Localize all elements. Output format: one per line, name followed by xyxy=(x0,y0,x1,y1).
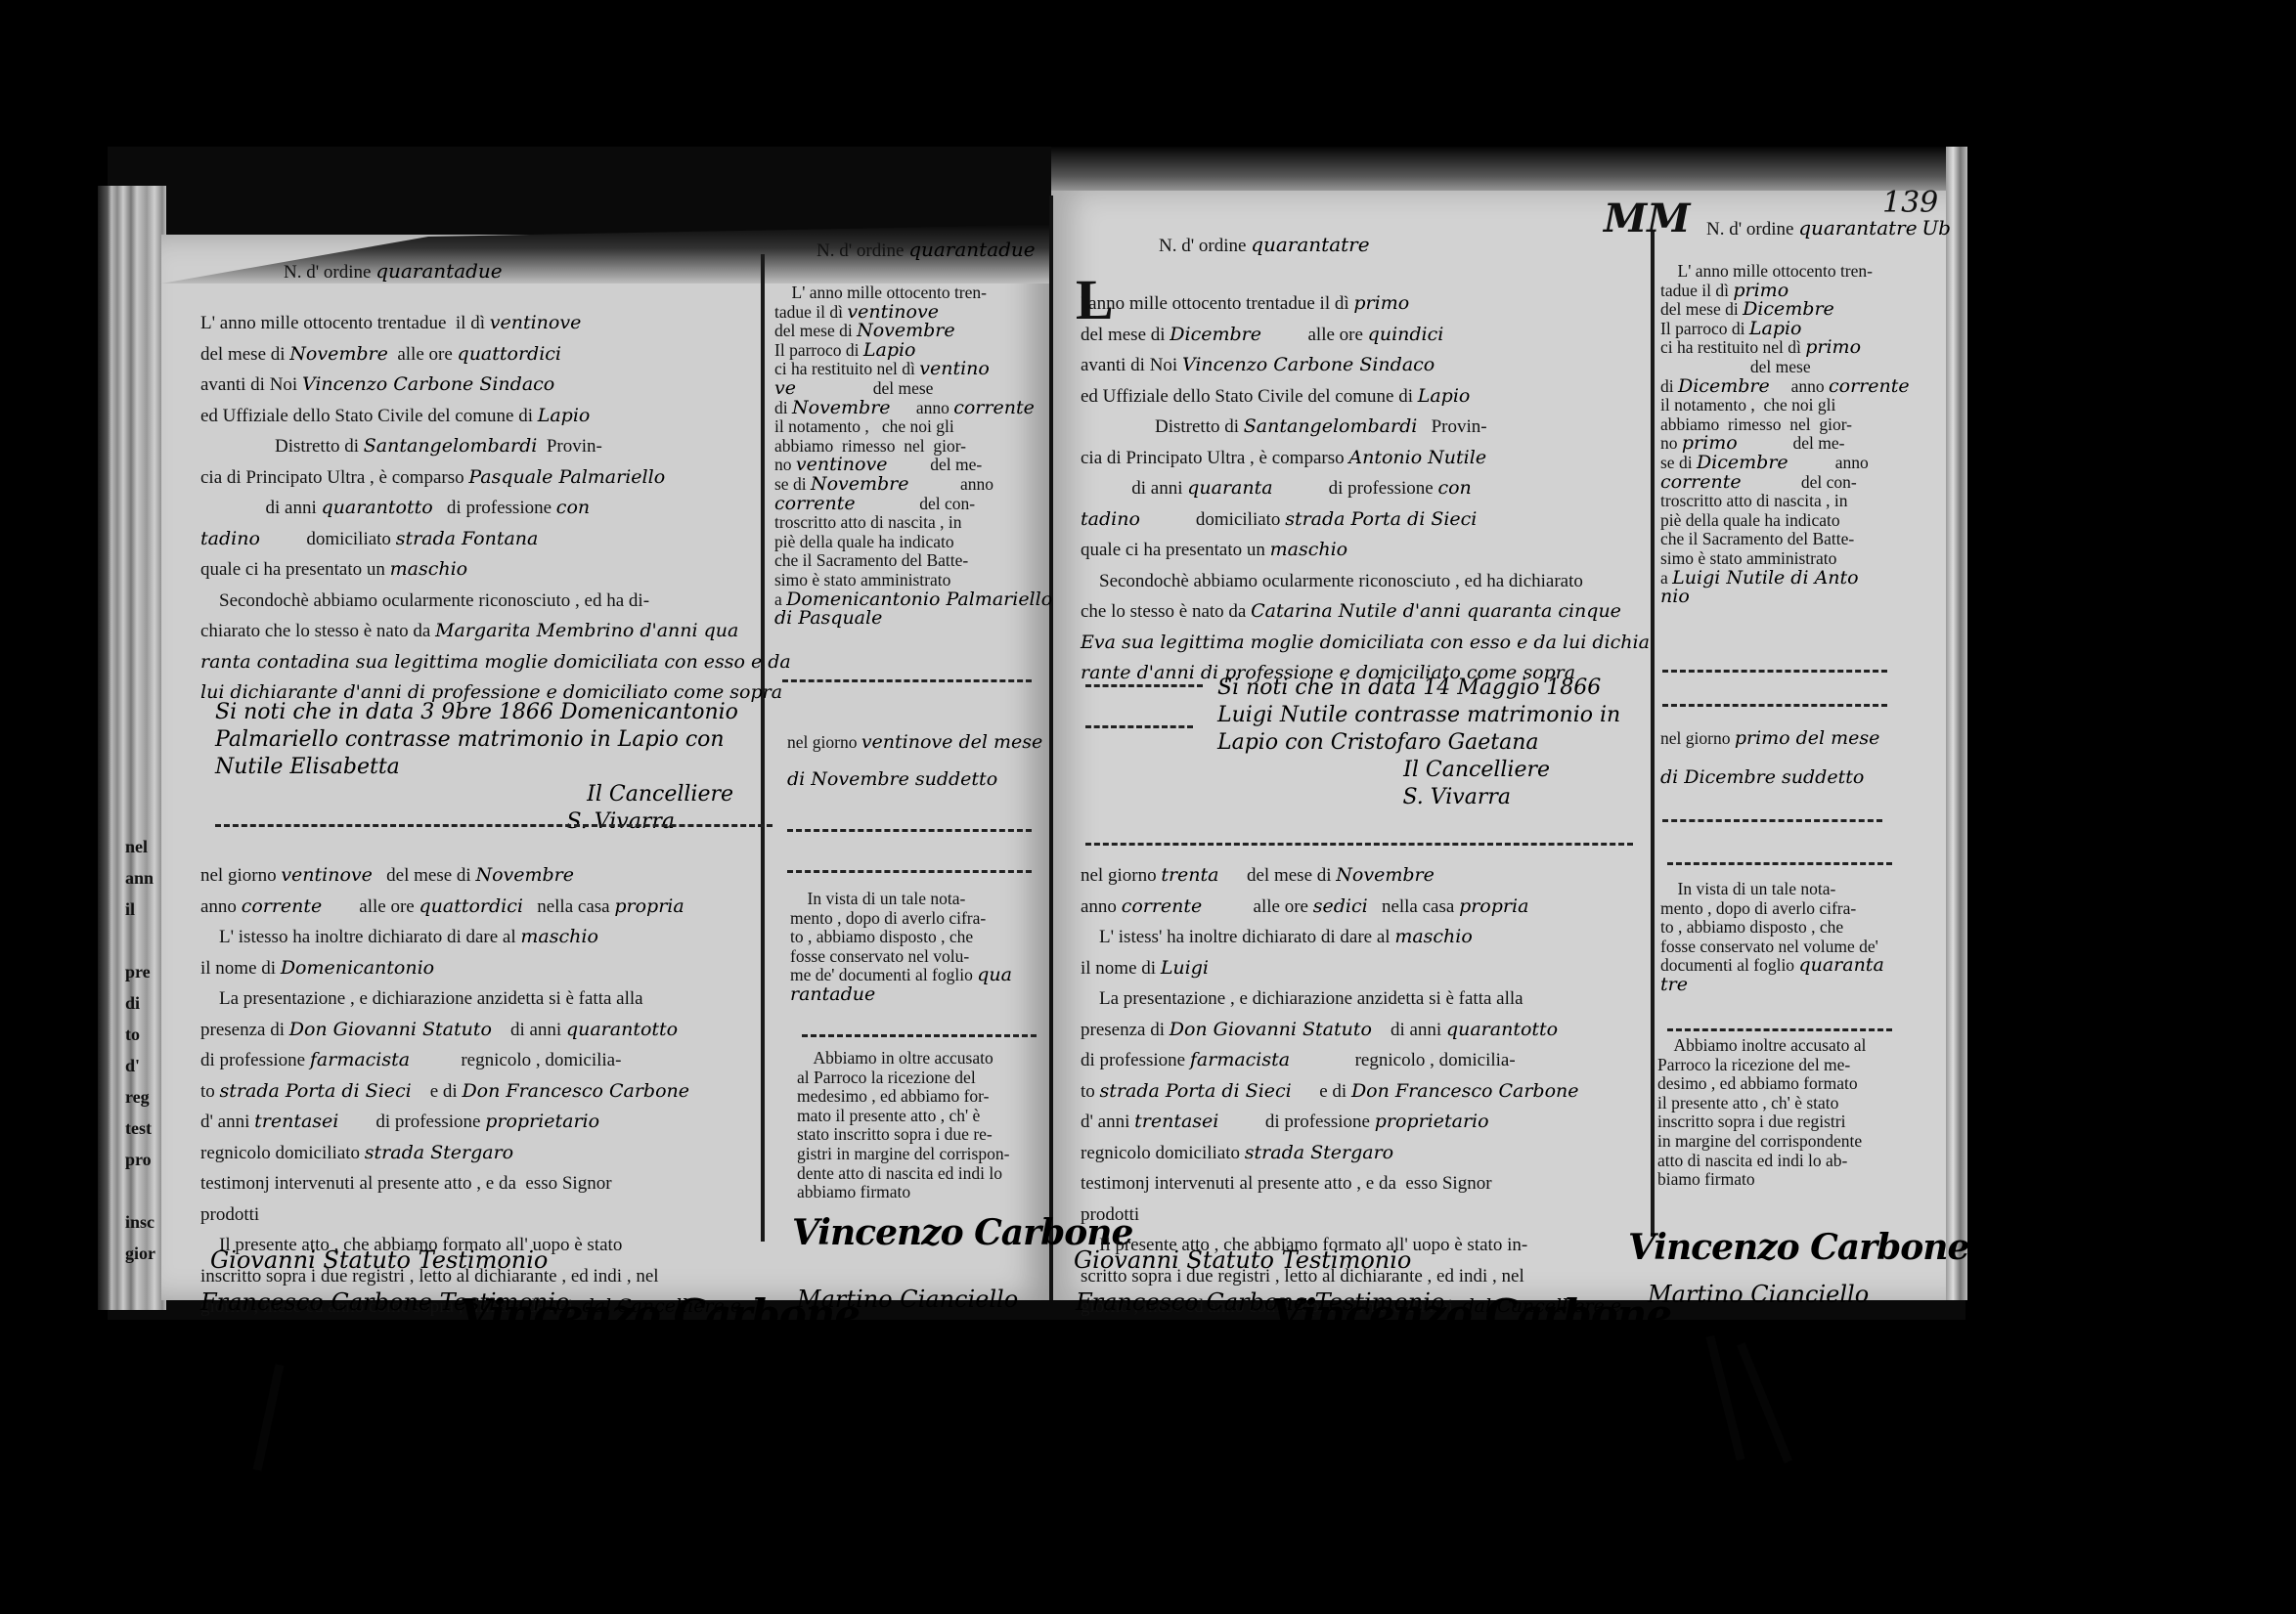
printed-text: anno xyxy=(200,896,242,917)
printed-text: ' anno mille ottocento trentadue il dì xyxy=(1081,293,1353,314)
handwritten-entry: proprietario xyxy=(1375,1111,1489,1132)
text-line: to strada Porta di Sieci e di Don France… xyxy=(200,1076,797,1108)
printed-text: a xyxy=(1660,568,1672,588)
printed-text: che lo stesso è nato da xyxy=(1081,601,1251,622)
printed-text: abbiamo rimesso nel gior- xyxy=(774,436,966,456)
stamp-mark: MM xyxy=(1604,196,1691,241)
handwritten-entry: Vincenzo Carbone Sindaco xyxy=(302,373,554,395)
text-line: di Dicembre anno corrente xyxy=(1660,377,1944,397)
right-page-edge xyxy=(1946,147,1967,1300)
text-line: L' anno mille ottocento trentadue il dì … xyxy=(200,308,787,339)
printed-text: dente atto di nascita ed indi lo xyxy=(797,1163,1002,1183)
text-line: L' istess' ha inoltre dichiarato di dare… xyxy=(1081,922,1657,953)
text-line: gistri in margine del corrispon- xyxy=(797,1145,1056,1164)
handwritten-entry: Novembre xyxy=(289,343,388,365)
text-line: che il Sacramento del Batte- xyxy=(774,551,1038,571)
text-line: rantadue xyxy=(790,985,1044,1005)
printed-text: regnicolo domiciliato xyxy=(1081,1143,1245,1163)
left-note-body: L' anno mille ottocento tren-tadue il dì… xyxy=(774,284,1038,629)
book-holder-stick-right-2 xyxy=(1737,1342,1792,1463)
handwritten-entry: propria xyxy=(614,895,684,917)
handwritten-entry: Don Francesco Carbone xyxy=(462,1080,689,1102)
printed-text: di xyxy=(774,398,792,417)
text-line: regnicolo domiciliato strada Stergaro xyxy=(200,1138,797,1169)
text-line: La presentazione , e dichiarazione anzid… xyxy=(1081,983,1657,1015)
handwritten-entry: con xyxy=(1437,477,1471,499)
text-line: mento , dopo di averlo cifra- xyxy=(1660,899,1934,919)
printed-text: del me- xyxy=(887,455,982,474)
printed-text: nel giorno xyxy=(1660,728,1735,748)
right-note-bottom: In vista di un tale nota-mento , dopo di… xyxy=(1660,880,1934,995)
text-line: La presentazione , e dichiarazione anzid… xyxy=(200,983,797,1015)
printed-text: del con- xyxy=(856,494,975,513)
text-line: Il parroco di Lapio xyxy=(1660,320,1944,339)
handwritten-entry: Lapio xyxy=(1418,385,1471,407)
text-line: anno corrente alle ore quattordici nella… xyxy=(200,892,797,923)
text-line: quale ci ha presentato un maschio xyxy=(200,554,787,586)
printed-text: del mese xyxy=(1660,357,1811,376)
text-line: documenti al foglio quaranta xyxy=(1660,956,1934,976)
printed-text: e di xyxy=(412,1081,463,1102)
text-line: di anni quaranta di professione con xyxy=(1081,473,1648,504)
right-witness1-signature: Giovanni Statuto Testimonio xyxy=(1074,1246,1411,1274)
text-line: prodotti xyxy=(1081,1200,1657,1231)
text-line: il presente atto , ch' è stato xyxy=(1657,1094,1936,1113)
handwritten-entry: maschio xyxy=(1270,539,1348,560)
text-line: di professione farmacista regnicolo , do… xyxy=(200,1045,797,1076)
text-line: L' istesso ha inoltre dichiarato di dare… xyxy=(200,922,797,953)
printed-text: nel giorno xyxy=(1081,865,1161,886)
printed-text: del mese di xyxy=(1660,299,1743,319)
printed-text: Provin- xyxy=(537,436,602,457)
text-line: ci ha restituito nel dì ventino xyxy=(774,360,1038,379)
text-line: del mese di Novembre alle ore quattordic… xyxy=(200,339,787,371)
printed-text: simo è stato amministrato xyxy=(1660,548,1836,568)
handwritten-entry: Novembre xyxy=(1336,864,1435,886)
printed-text: simo è stato amministrato xyxy=(774,570,950,589)
printed-text: ci ha restituito nel dì xyxy=(1660,337,1805,357)
printed-text: stato inscritto sopra i due re- xyxy=(797,1124,993,1144)
left-act-body-bottom: nel giorno ventinove del mese di Novembr… xyxy=(200,860,797,1353)
handwritten-entry: ventinove xyxy=(490,312,582,333)
printed-text: to , abbiamo disposto , che xyxy=(790,927,973,946)
printed-text: L' anno mille ottocento tren- xyxy=(1660,261,1873,281)
right-clerk-signature: Martino Cianciello xyxy=(1242,1354,1463,1381)
handwritten-entry: rantadue xyxy=(790,983,875,1005)
text-line: Il parroco di Lapio xyxy=(774,341,1038,361)
printed-text: L' istess' ha inoltre dichiarato di dare… xyxy=(1081,927,1394,947)
dashed-line xyxy=(1662,704,1887,707)
handwritten-entry: Eva sua legittima moglie domiciliata con… xyxy=(1081,632,1650,653)
handwritten-entry: maschio xyxy=(520,926,598,947)
handwritten-entry: Lapio xyxy=(538,405,591,426)
printed-text: di professione xyxy=(1273,478,1438,499)
text-line: ranta contadina sua legittima moglie dom… xyxy=(200,647,787,678)
printed-text: La presentazione , e dichiarazione anzid… xyxy=(1081,988,1523,1009)
handwritten-entry: Dicembre xyxy=(1170,324,1261,345)
handwritten-entry: farmacista xyxy=(310,1049,410,1070)
text-line: ' anno mille ottocento trentadue il dì p… xyxy=(1081,288,1648,320)
text-line: cia di Principato Ultra , è comparso Ant… xyxy=(1081,443,1648,474)
printed-text: Distretto di xyxy=(1081,416,1244,437)
handwritten-entry: Margarita Membrino d'anni qua xyxy=(435,620,738,641)
printed-text: testimonj intervenuti al presente atto ,… xyxy=(1081,1173,1492,1194)
printed-text: anno xyxy=(1081,896,1122,917)
handwritten-entry: quindici xyxy=(1368,324,1444,345)
handwritten-entry: quattordici xyxy=(419,895,522,917)
text-line: tadino domiciliato strada Porta di Sieci xyxy=(1081,504,1648,536)
handwritten-entry: Pasquale Palmariello xyxy=(468,466,665,488)
printed-text: il presente atto , ch' è stato xyxy=(1657,1093,1838,1112)
text-line: corrente del con- xyxy=(774,495,1038,514)
text-line: piè della quale ha indicato xyxy=(774,533,1038,552)
printed-text: avanti di Noi xyxy=(1081,355,1182,375)
text-line: desimo , ed abbiamo formato xyxy=(1657,1074,1936,1094)
printed-text: mento , dopo di averlo cifra- xyxy=(790,908,986,928)
printed-text: piè della quale ha indicato xyxy=(1660,510,1840,530)
printed-text: d' anni xyxy=(1081,1112,1134,1132)
printed-text: del con- xyxy=(1742,472,1857,492)
printed-text: di anni xyxy=(1372,1020,1446,1040)
printed-text: domiciliato xyxy=(1140,509,1285,530)
dashed-line xyxy=(1667,1028,1892,1031)
text-line: In vista di un tale nota- xyxy=(1660,880,1934,899)
text-line: mato il presente atto , ch' è xyxy=(797,1107,1056,1126)
dashed-line xyxy=(802,1034,1037,1037)
text-line: di professione farmacista regnicolo , do… xyxy=(1081,1045,1657,1076)
printed-text: me de' documenti al foglio xyxy=(790,965,977,984)
edge-fragments: nel ann il pre di to d' reg test pro ins… xyxy=(125,831,155,1269)
printed-text: d' anni xyxy=(200,1112,254,1132)
text-line: atto di nascita ed indi lo ab- xyxy=(1657,1152,1936,1171)
handwritten-entry: Don Giovanni Statuto xyxy=(289,1019,492,1040)
printed-text: tadue il dì xyxy=(1660,281,1733,300)
printed-text: Secondochè abbiamo ocularmente riconosci… xyxy=(1081,571,1583,591)
text-line: fosse conservato nel volume de' xyxy=(1660,938,1934,957)
handwritten-entry: maschio xyxy=(390,558,468,580)
printed-text: Abbiamo in oltre accusato xyxy=(797,1048,993,1068)
printed-text: alle ore xyxy=(1261,325,1368,345)
text-line: a Luigi Nutile di Anto xyxy=(1660,569,1944,589)
handwritten-entry: primo xyxy=(1353,292,1409,314)
text-line: quale ci ha presentato un maschio xyxy=(1081,535,1648,566)
handwritten-entry: tadino xyxy=(200,528,260,549)
handwritten-entry: Don Francesco Carbone xyxy=(1351,1080,1579,1102)
handwritten-entry: corrente xyxy=(242,895,323,917)
printed-text: nel giorno xyxy=(200,865,281,886)
printed-text: se di xyxy=(1660,453,1697,472)
text-line: il notamento , che noi gli xyxy=(1660,396,1944,415)
left-note-mid: nel giorno ventinove del mesedi Novembre… xyxy=(787,723,1041,798)
text-line: dente atto di nascita ed indi lo xyxy=(797,1164,1056,1184)
printed-text: alle ore xyxy=(322,896,419,917)
handwritten-entry: Lapio xyxy=(863,339,916,361)
printed-text: il nome di xyxy=(1081,958,1161,979)
handwritten-entry: maschio xyxy=(1394,926,1473,947)
handwritten-entry: strada Porta di Sieci xyxy=(1285,508,1477,530)
handwritten-entry: Novembre xyxy=(792,397,891,418)
left-act-header: N. d' ordine quarantadue xyxy=(284,256,503,288)
printed-text: anno xyxy=(891,398,954,417)
printed-text: che il Sacramento del Batte- xyxy=(774,550,968,570)
text-line: inscritto sopra i due registri xyxy=(1657,1112,1936,1132)
printed-text: desimo , ed abbiamo formato xyxy=(1657,1073,1858,1093)
handwritten-entry: ranta contadina sua legittima moglie dom… xyxy=(200,651,791,673)
handwritten-entry: corrente xyxy=(953,397,1035,418)
printed-text: gistri in margine del corrispon- xyxy=(797,1144,1009,1163)
printed-text: L' istesso ha inoltre dichiarato di dare… xyxy=(200,927,520,947)
printed-text: In vista di un tale nota- xyxy=(790,889,965,908)
printed-text: alle ore xyxy=(1202,896,1312,917)
text-line: Eva sua legittima moglie domiciliata con… xyxy=(1081,628,1648,659)
printed-text: abbiamo firmato xyxy=(797,1182,910,1201)
printed-text: nel giorno xyxy=(787,732,861,752)
printed-text: il notamento , che noi gli xyxy=(774,416,954,436)
printed-text: del mese xyxy=(796,378,933,398)
printed-text: mato il presente atto , ch' è xyxy=(797,1106,980,1125)
printed-text: chiarato che lo stesso è nato da xyxy=(200,621,435,641)
left-act-body: L' anno mille ottocento trentadue il dì … xyxy=(200,308,787,709)
handwritten-entry: sedici xyxy=(1313,895,1368,917)
printed-text: di anni xyxy=(200,498,322,518)
printed-text: che il Sacramento del Batte- xyxy=(1660,529,1854,548)
text-line: stato inscritto sopra i due re- xyxy=(797,1125,1056,1145)
printed-text: Il parroco di xyxy=(1660,319,1749,338)
printed-text: del mese di xyxy=(1219,865,1337,886)
handwritten-entry: corrente xyxy=(774,493,856,514)
text-line: d' anni trentasei di professione proprie… xyxy=(1081,1107,1657,1138)
dashed-line xyxy=(1085,725,1193,728)
handwritten-entry: strada Porta di Sieci xyxy=(1100,1080,1292,1102)
text-line: d' anni trentasei di professione proprie… xyxy=(200,1107,797,1138)
handwritten-entry: Dicembre xyxy=(1678,375,1770,397)
text-line: di anni quarantotto di professione con xyxy=(200,493,787,524)
printed-text: del me- xyxy=(1738,433,1845,453)
handwritten-entry: corrente xyxy=(1660,471,1742,493)
printed-text: L' anno mille ottocento tren- xyxy=(774,283,987,302)
printed-text: al Parroco la ricezione del xyxy=(797,1068,976,1087)
printed-text: a xyxy=(774,589,786,609)
handwritten-entry: quattordici xyxy=(458,343,561,365)
printed-text: quale ci ha presentato un xyxy=(1081,540,1270,560)
text-line: to , abbiamo disposto , che xyxy=(1660,918,1934,938)
printed-text: fosse conservato nel volu- xyxy=(790,946,969,966)
handwritten-entry: Luigi Nutile di Anto xyxy=(1672,567,1858,589)
text-line: Distretto di Santangelombardi Provin- xyxy=(200,431,787,462)
handwritten-entry: strada Stergaro xyxy=(365,1142,513,1163)
text-line: nel giorno trenta del mese di Novembre xyxy=(1081,860,1657,892)
handwritten-entry: quarantotto xyxy=(566,1019,678,1040)
text-line: di Novembre suddetto xyxy=(787,761,1041,798)
dashed-line xyxy=(787,829,1032,832)
printed-text: di professione xyxy=(338,1112,485,1132)
text-line: corrente del con- xyxy=(1660,473,1944,493)
left-witness1-signature: Giovanni Statuto Testimonio xyxy=(210,1246,548,1274)
printed-text: ci ha restituito nel dì xyxy=(774,359,919,378)
left-note-final: Abbiamo in oltre accusatoal Parroco la r… xyxy=(797,1049,1056,1202)
text-line: di Pasquale xyxy=(774,609,1038,629)
handwritten-entry: ventinove del mese xyxy=(861,731,1042,753)
handwritten-entry: di Pasquale xyxy=(774,607,882,629)
text-line: abbiamo firmato xyxy=(797,1183,1056,1202)
printed-text: domiciliato xyxy=(260,529,396,549)
printed-text: di professione xyxy=(1081,1050,1190,1070)
printed-text: e di xyxy=(1292,1081,1351,1102)
handwritten-entry: farmacista xyxy=(1190,1049,1290,1070)
text-line: ed Uffiziale dello Stato Civile del comu… xyxy=(200,401,787,432)
text-line: nio xyxy=(1660,588,1944,607)
text-line: tadino domiciliato strada Fontana xyxy=(200,524,787,555)
text-line: to strada Porta di Sieci e di Don France… xyxy=(1081,1076,1657,1108)
text-line: ed Uffiziale dello Stato Civile del comu… xyxy=(1081,381,1648,413)
right-note-final: Abbiamo inoltre accusato alParroco la ri… xyxy=(1657,1036,1936,1190)
handwritten-entry: tre xyxy=(1660,974,1688,995)
printed-text: del mese di xyxy=(1081,325,1170,345)
text-line: Abbiamo in oltre accusato xyxy=(797,1049,1056,1069)
handwritten-entry: Domenicantonio xyxy=(281,957,434,979)
handwritten-entry: propria xyxy=(1459,895,1528,917)
text-line: del mese di Dicembre xyxy=(1660,300,1944,320)
printed-text: regnicolo , domicilia- xyxy=(410,1050,621,1070)
printed-text: nella casa xyxy=(1368,896,1459,917)
handwritten-entry: Don Giovanni Statuto xyxy=(1170,1019,1372,1040)
text-line: cia di Principato Ultra , è comparso Pas… xyxy=(200,462,787,494)
printed-text: piè della quale ha indicato xyxy=(774,532,954,551)
text-line: regnicolo domiciliato strada Stergaro xyxy=(1081,1138,1657,1169)
text-line: anno corrente alle ore sedici nella casa… xyxy=(1081,892,1657,923)
printed-text: di xyxy=(1660,376,1678,396)
handwritten-entry: proprietario xyxy=(485,1111,599,1132)
right-note-mid: nel giorno primo del mesedi Dicembre sud… xyxy=(1660,719,1934,797)
text-line: presenza di Don Giovanni Statuto di anni… xyxy=(200,1015,797,1046)
text-line: troscritto atto di nascita , in xyxy=(1660,492,1944,511)
left-marginal-annotation: Si noti che in data 3 9bre 1866 Domenica… xyxy=(215,699,792,836)
printed-text: di anni xyxy=(492,1020,566,1040)
handwritten-entry: quaranta xyxy=(1187,477,1272,499)
handwritten-entry: quaranta xyxy=(1798,954,1883,976)
handwritten-entry: Catarina Nutile d'anni quaranta cinque xyxy=(1251,600,1621,622)
text-line: Parroco la ricezione del me- xyxy=(1657,1056,1936,1075)
text-line: nel giorno primo del mese xyxy=(1660,719,1934,758)
printed-text: Parroco la ricezione del me- xyxy=(1657,1055,1850,1074)
text-line: Secondochè abbiamo ocularmente riconosci… xyxy=(200,586,787,617)
printed-text: il notamento , che noi gli xyxy=(1660,395,1835,414)
printed-text: prodotti xyxy=(1081,1204,1139,1225)
handwritten-entry: Antonio Nutile xyxy=(1348,447,1486,468)
right-marginal-annotation: Si noti che in data 14 Maggio 1866 Luigi… xyxy=(1217,675,1648,811)
text-line: del mese di Dicembre alle ore quindici xyxy=(1081,320,1648,351)
printed-text: L' anno mille ottocento trentadue il dì xyxy=(200,313,490,333)
handwritten-entry: primo del mese xyxy=(1735,727,1880,749)
printed-text: no xyxy=(774,455,796,474)
text-line: testimonj intervenuti al presente atto ,… xyxy=(200,1168,797,1200)
printed-text: nella casa xyxy=(523,896,614,917)
dashed-line xyxy=(1085,843,1633,846)
text-line: biamo firmato xyxy=(1657,1170,1936,1190)
printed-text: ed Uffiziale dello Stato Civile del comu… xyxy=(200,406,538,426)
text-line: presenza di Don Giovanni Statuto di anni… xyxy=(1081,1015,1657,1046)
dashed-line xyxy=(1662,670,1887,673)
printed-text: cia di Principato Ultra , è comparso xyxy=(200,467,468,488)
text-line: il nome di Luigi xyxy=(1081,953,1657,984)
right-act-body: ' anno mille ottocento trentadue il dì p… xyxy=(1081,288,1648,689)
dashed-line xyxy=(787,870,1032,873)
text-line: di Novembre anno corrente xyxy=(774,399,1038,418)
handwritten-entry: ventino xyxy=(919,358,990,379)
left-note-clerk-signature: Martino Cianciello xyxy=(797,1286,1018,1313)
printed-text: presenza di xyxy=(200,1020,289,1040)
dashed-line xyxy=(1085,684,1203,687)
right-mayor-signature: Vincenzo Carbone xyxy=(1271,1290,1671,1338)
right-note-clerk-signature: Martino Cianciello xyxy=(1648,1281,1869,1308)
text-line: Abbiamo inoltre accusato al xyxy=(1657,1036,1936,1056)
text-line: il notamento , che noi gli xyxy=(774,417,1038,437)
printed-text: alle ore xyxy=(388,344,458,365)
handwritten-entry: quarantotto xyxy=(1446,1019,1558,1040)
printed-text: presenza di xyxy=(1081,1020,1170,1040)
right-page-stack-top xyxy=(1051,147,1956,196)
text-line: L' anno mille ottocento tren- xyxy=(1660,262,1944,282)
printed-text: no xyxy=(1660,433,1682,453)
printed-text: del mese di xyxy=(200,344,289,365)
printed-text: di professione xyxy=(1218,1112,1374,1132)
text-line: che lo stesso è nato da Catarina Nutile … xyxy=(1081,596,1648,628)
printed-text: Distretto di xyxy=(200,436,364,457)
printed-text: Secondochè abbiamo ocularmente riconosci… xyxy=(200,590,649,611)
handwritten-entry: strada Stergaro xyxy=(1245,1142,1393,1163)
printed-text: to , abbiamo disposto , che xyxy=(1660,917,1843,937)
right-act-header: N. d' ordine quarantatre xyxy=(1159,230,1370,262)
printed-text: Provin- xyxy=(1417,416,1486,437)
handwritten-entry: Novembre xyxy=(475,864,574,886)
right-note-header: N. d' ordine quarantatre Ub xyxy=(1706,213,1951,245)
text-line: in margine del corrispondente xyxy=(1657,1132,1936,1152)
left-note-header: N. d' ordine quarantadue xyxy=(817,235,1036,267)
printed-text: to xyxy=(1081,1081,1100,1102)
handwritten-entry: qua xyxy=(977,964,1012,985)
printed-text: Il parroco di xyxy=(774,340,863,360)
text-line: Distretto di Santangelombardi Provin- xyxy=(1081,412,1648,443)
dashed-line xyxy=(1667,862,1892,865)
text-line: ci ha restituito nel dì primo xyxy=(1660,338,1944,358)
dashed-line xyxy=(782,679,1032,682)
printed-text: tadue il dì xyxy=(774,302,847,322)
text-line: mento , dopo di averlo cifra- xyxy=(790,909,1044,929)
right-act-body-bottom: nel giorno trenta del mese di Novembrean… xyxy=(1081,860,1657,1353)
printed-text: to xyxy=(200,1081,220,1102)
text-line: nel giorno ventinove del mese xyxy=(787,723,1041,761)
handwritten-entry: trenta xyxy=(1161,864,1218,886)
printed-text: inscritto sopra i due registri xyxy=(1657,1112,1845,1131)
printed-text: regnicolo , domicilia- xyxy=(1290,1050,1516,1070)
handwritten-entry: Vincenzo Carbone Sindaco xyxy=(1182,354,1435,375)
handwritten-entry: tadino xyxy=(1081,508,1140,530)
text-line: nel giorno ventinove del mese di Novembr… xyxy=(200,860,797,892)
text-line: il nome di Domenicantonio xyxy=(200,953,797,984)
printed-text: biamo firmato xyxy=(1657,1169,1755,1189)
text-line: Secondochè abbiamo ocularmente riconosci… xyxy=(1081,566,1648,597)
printed-text: Abbiamo inoltre accusato al xyxy=(1657,1035,1866,1055)
left-note-bottom: In vista di un tale nota-mento , dopo di… xyxy=(790,890,1044,1005)
printed-text: di anni xyxy=(1081,478,1187,499)
printed-text: medesimo , ed abbiamo for- xyxy=(797,1086,989,1106)
printed-text: troscritto atto di nascita , in xyxy=(774,512,961,532)
printed-text: in margine del corrispondente xyxy=(1657,1131,1862,1151)
text-line: avanti di Noi Vincenzo Carbone Sindaco xyxy=(200,370,787,401)
printed-text: se di xyxy=(774,474,811,494)
text-line: medesimo , ed abbiamo for- xyxy=(797,1087,1056,1107)
handwritten-entry: trentasei xyxy=(254,1111,338,1132)
